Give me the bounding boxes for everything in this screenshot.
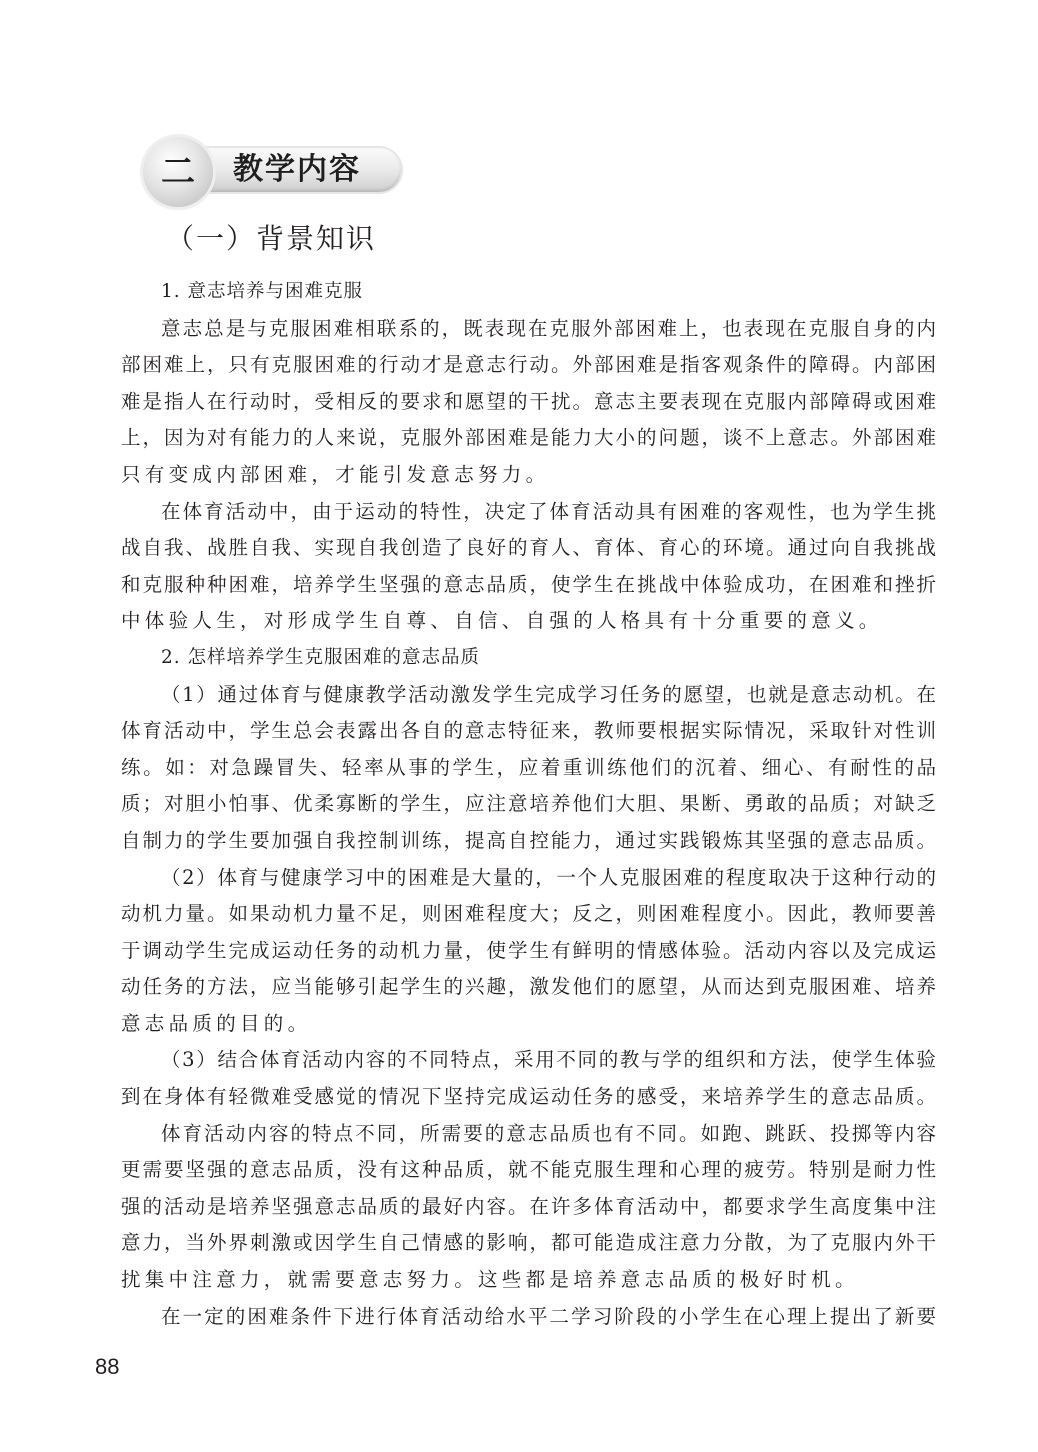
text-line: 意力，当外界刺激或因学生自己情感的影响，都可能造成注意力分散，为了克服内外干 bbox=[121, 1225, 936, 1262]
text-line: 部困难上，只有克服困难的行动才是意志行动。外部困难是指客观条件的障碍。内部困 bbox=[121, 347, 936, 384]
text-line: 更需要坚强的意志品质，没有这种品质，就不能克服生理和心理的疲劳。特别是耐力性 bbox=[121, 1152, 936, 1189]
body-text: 1. 意志培养与困难克服意志总是与克服困难相联系的，既表现在克服外部困难上，也表… bbox=[121, 274, 936, 1335]
text-line: 只有变成内部困难，才能引发意志努力。 bbox=[121, 457, 936, 494]
text-line: （1）通过体育与健康教学活动激发学生完成学习任务的愿望，也就是意志动机。在 bbox=[121, 677, 936, 714]
text-line: 强的活动是培养坚强意志品质的最好内容。在许多体育活动中，都要求学生高度集中注 bbox=[121, 1189, 936, 1226]
text-line: 意志总是与克服困难相联系的，既表现在克服外部困难上，也表现在克服自身的内 bbox=[121, 311, 936, 348]
text-line: 在体育活动中，由于运动的特性，决定了体育活动具有困难的客观性，也为学生挑 bbox=[121, 494, 936, 531]
text-line: 上，因为对有能力的人来说，克服外部困难是能力大小的问题，谈不上意志。外部困难 bbox=[121, 420, 936, 457]
section-title: 教学内容 bbox=[233, 151, 361, 189]
text-line: 在一定的困难条件下进行体育活动给水平二学习阶段的小学生在心理上提出了新要 bbox=[121, 1299, 936, 1336]
section-subheading: 1. 意志培养与困难克服 bbox=[121, 274, 936, 311]
text-line: 质；对胆小怕事、优柔寡断的学生，应注意培养他们大胆、果断、勇敢的品质；对缺乏 bbox=[121, 786, 936, 823]
text-line: 于调动学生完成运动任务的动机力量，使学生有鲜明的情感体验。活动内容以及完成运 bbox=[121, 933, 936, 970]
text-line: 难是指人在行动时，受相反的要求和愿望的干扰。意志主要表现在克服内部障碍或困难 bbox=[121, 384, 936, 421]
text-line: 动机力量。如果动机力量不足，则困难程度大；反之，则困难程度小。因此，教师要善 bbox=[121, 896, 936, 933]
text-line: 意志品质的目的。 bbox=[121, 1006, 936, 1043]
section-header: 二 教学内容 bbox=[143, 137, 403, 209]
text-line: 练。如：对急躁冒失、轻率从事的学生，应着重训练他们的沉着、细心、有耐性的品 bbox=[121, 750, 936, 787]
subheading: （一）背景知识 bbox=[166, 220, 376, 258]
text-line: （3）结合体育活动内容的不同特点，采用不同的教与学的组织和方法，使学生体验 bbox=[121, 1042, 936, 1079]
text-line: 自制力的学生要加强自我控制训练，提高自控能力，通过实践锻炼其坚强的意志品质。 bbox=[121, 823, 936, 860]
text-line: 战自我、战胜自我、实现自我创造了良好的育人、育体、育心的环境。通过向自我挑战 bbox=[121, 530, 936, 567]
text-line: 体育活动中，学生总会表露出各自的意志特征来，教师要根据实际情况，采取针对性训 bbox=[121, 713, 936, 750]
text-line: （2）体育与健康学习中的困难是大量的，一个人克服困难的程度取决于这种行动的 bbox=[121, 860, 936, 897]
text-line: 体育活动内容的特点不同，所需要的意志品质也有不同。如跑、跳跃、投掷等内容 bbox=[121, 1116, 936, 1153]
text-line: 动任务的方法，应当能够引起学生的兴趣，激发他们的愿望，从而达到克服困难、培养 bbox=[121, 969, 936, 1006]
section-number: 二 bbox=[161, 155, 195, 189]
section-number-badge: 二 bbox=[143, 137, 213, 207]
text-line: 扰集中注意力，就需要意志努力。这些都是培养意志品质的极好时机。 bbox=[121, 1262, 936, 1299]
section-subheading: 2. 怎样培养学生克服困难的意志品质 bbox=[121, 640, 936, 677]
text-line: 到在身体有轻微难受感觉的情况下坚持完成运动任务的感受，来培养学生的意志品质。 bbox=[121, 1079, 936, 1116]
page-number: 88 bbox=[95, 1354, 119, 1380]
text-line: 中体验人生，对形成学生自尊、自信、自强的人格具有十分重要的意义。 bbox=[121, 603, 936, 640]
text-line: 和克服种种困难，培养学生坚强的意志品质，使学生在挑战中体验成功，在困难和挫折 bbox=[121, 567, 936, 604]
